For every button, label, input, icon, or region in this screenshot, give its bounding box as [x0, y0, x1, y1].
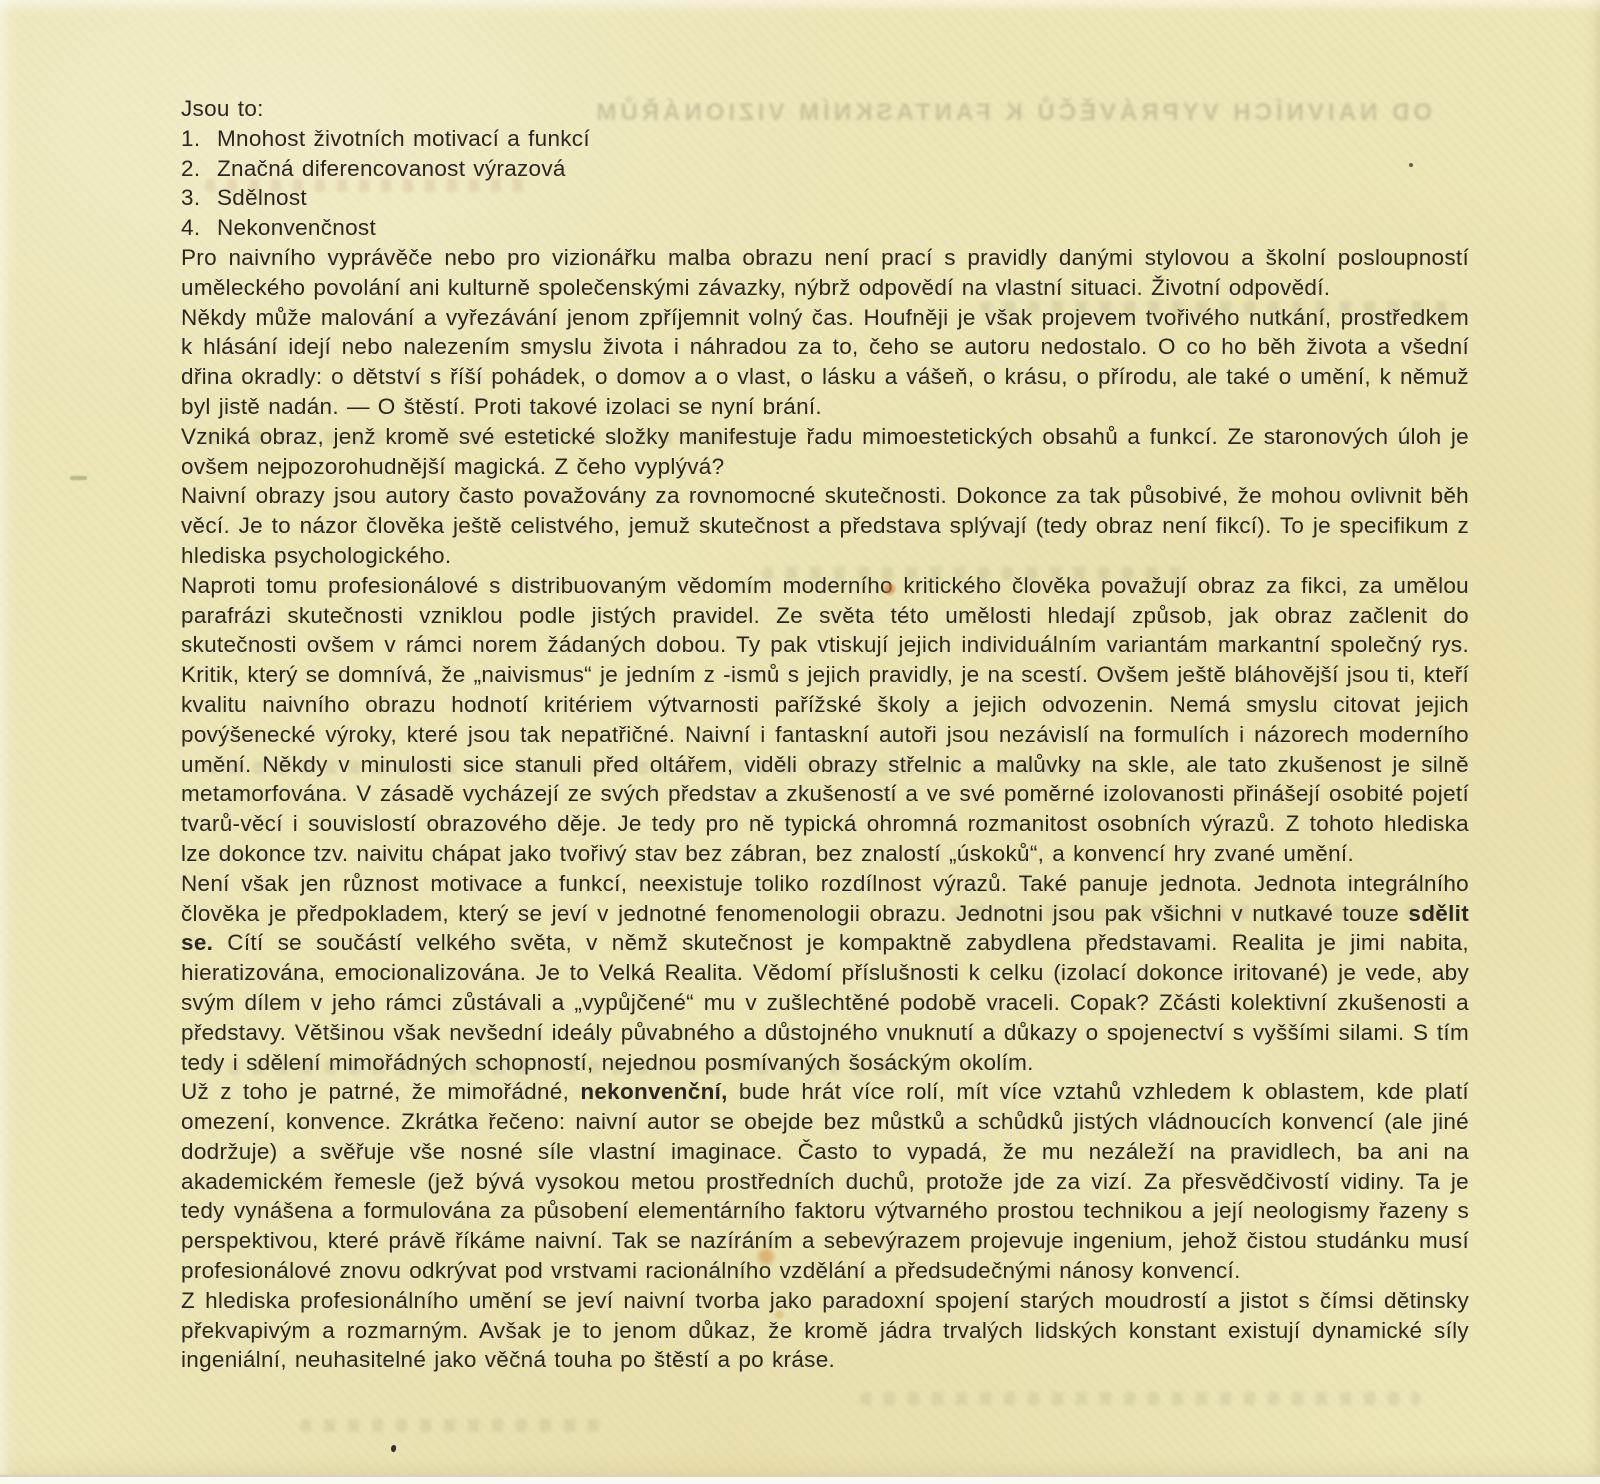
list-item-4: 4.Nekonvenčnost	[181, 213, 1469, 243]
ink-dot-mark	[1409, 163, 1413, 167]
paragraph-text: Pro naivního vyprávěče nebo pro vizionář…	[181, 245, 1469, 300]
ghost-show-through-line	[300, 1419, 600, 1432]
paragraph-text: Už z toho je patrné, že mimořádné,	[181, 1079, 580, 1104]
list-item-3: 3.Sdělnost	[181, 183, 1469, 213]
list-text: Značná diferencovanost výrazová	[217, 156, 566, 181]
faint-pencil-dash	[70, 476, 87, 480]
list-item-2: 2.Značná diferencovanost výrazová	[181, 154, 1469, 184]
paragraph-text: Naproti tomu profesionálové s distribuov…	[181, 573, 1469, 866]
page-bottom-edge	[0, 1475, 1600, 1484]
list-text: Nekonvenčnost	[217, 215, 376, 240]
paragraph: Není však jen různost motivace a funkcí,…	[181, 869, 1469, 1078]
paragraph: Naivní obrazy jsou autory často považová…	[181, 481, 1469, 570]
paragraph: Někdy může malování a vyřezávání jenom z…	[181, 303, 1469, 422]
paragraph-text: Naivní obrazy jsou autory často považová…	[181, 483, 1469, 568]
paragraph: Pro naivního vyprávěče nebo pro vizionář…	[181, 243, 1469, 303]
rust-stain	[882, 582, 897, 596]
paragraphs-container: Pro naivního vyprávěče nebo pro vizionář…	[181, 243, 1469, 1375]
paragraph: Vzniká obraz, jenž kromě své estetické s…	[181, 422, 1469, 482]
list-number: 4.	[181, 213, 217, 243]
paragraph: Naproti tomu profesionálové s distribuov…	[181, 571, 1469, 869]
paragraph-text: Není však jen různost motivace a funkcí,…	[181, 871, 1469, 926]
list-text: Mnohost životních motivací a funkcí	[217, 126, 590, 151]
list-text: Sdělnost	[217, 185, 307, 210]
rust-stain	[774, 1309, 785, 1320]
list-number: 3.	[181, 183, 217, 213]
paragraph-text: Cítí se součástí velkého světa, v němž s…	[181, 930, 1469, 1074]
list-item-1: 1.Mnohost životních motivací a funkcí	[181, 124, 1469, 154]
paragraph-text: Vzniká obraz, jenž kromě své estetické s…	[181, 424, 1469, 479]
scanned-book-page: OD NAIVNÍCH VYPRÁVĚČŮ K FANTASKNÍM VIZIO…	[0, 0, 1600, 1484]
list-number: 1.	[181, 124, 217, 154]
rust-stain	[755, 1246, 777, 1267]
paragraph: Z hlediska profesionálního umění se jeví…	[181, 1286, 1469, 1375]
paragraph: Už z toho je patrné, že mimořádné, nekon…	[181, 1077, 1469, 1286]
bold-phrase: nekonvenční,	[580, 1079, 727, 1104]
intro-lead: Jsou to:	[181, 94, 1469, 124]
list-number: 2.	[181, 154, 217, 184]
text-block: Jsou to: 1.Mnohost životních motivací a …	[181, 94, 1469, 1375]
paragraph-text: Z hlediska profesionálního umění se jeví…	[181, 1288, 1469, 1373]
ghost-show-through-line	[860, 1392, 1420, 1405]
paragraph-text: bude hrát více rolí, mít více vztahů vzh…	[181, 1079, 1469, 1283]
ink-speck	[390, 1444, 397, 1452]
paragraph-text: Někdy může malování a vyřezávání jenom z…	[181, 305, 1469, 419]
